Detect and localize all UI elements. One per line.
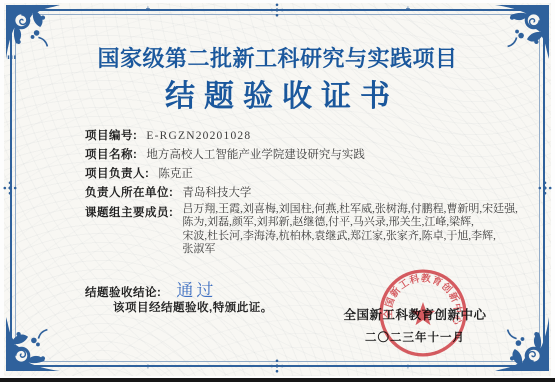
team-members-line: 宋波,杜长河,李海涛,杭柏林,袁继武,郑江家,张家齐,陈卓,于旭,李辉,	[182, 230, 518, 243]
field-label: 课题组主要成员:	[85, 203, 173, 220]
field-team-members: 课题组主要成员: 吕万翔,王霞,刘喜梅,刘国柱,何燕,杜军威,张树海,付鹏程,曹…	[85, 203, 515, 257]
border-mid-ornament-icon	[270, 3, 284, 17]
team-members-line: 陈为,刘磊,颜军,刘邦新,赵继德,付平,马兴录,邢关生,江峰,梁辉,	[182, 216, 518, 229]
field-project-name: 项目名称: 地方高校人工智能产业学院建设研究与实践	[85, 146, 515, 159]
certificate-fields: 项目编号: E-RGZN20201028 项目名称: 地方高校人工智能产业学院建…	[85, 127, 515, 257]
field-label: 项目编号:	[85, 127, 137, 143]
field-acceptance-conclusion: 结题验收结论: 通过	[85, 276, 216, 301]
photo-bottom-edge	[0, 378, 555, 382]
field-label: 项目名称:	[85, 146, 137, 162]
field-project-leader: 项目负责人: 陈克正	[85, 165, 515, 178]
border-mid-ornament-icon	[3, 181, 17, 195]
certificate: + + + + 国家级第二批新工科研究与实践项目 结题验收证书 项目编号: E-…	[0, 0, 555, 382]
border-tick-icon: +	[404, 363, 412, 371]
field-value: 青岛科技大学	[182, 184, 251, 200]
field-project-number: 项目编号: E-RGZN20201028	[85, 127, 515, 140]
seal-star-icon	[411, 302, 435, 325]
team-members-list: 吕万翔,王霞,刘喜梅,刘国柱,何燕,杜军威,张树海,付鹏程,曹新明,宋廷强, 陈…	[182, 203, 518, 257]
border-tick-icon: +	[144, 5, 152, 13]
team-members-line: 吕万翔,王霞,刘喜梅,刘国柱,何燕,杜军威,张树海,付鹏程,曹新明,宋廷强,	[182, 203, 518, 216]
field-value: 地方高校人工智能产业学院建设研究与实践	[146, 146, 365, 162]
official-seal-icon: 全国新工科教育创新中心	[377, 267, 469, 359]
certificate-title: 结题验收证书	[0, 71, 555, 115]
field-label: 结题验收结论:	[85, 284, 161, 300]
border-tick-icon: +	[404, 5, 412, 13]
border-tick-icon: +	[144, 363, 152, 371]
conclusion-value: 通过	[176, 276, 216, 301]
field-value: 陈克正	[158, 165, 193, 181]
field-value: E-RGZN20201028	[146, 130, 251, 142]
certificate-statement: 该项目经结题验收,特颁此证。	[113, 299, 273, 315]
border-mid-ornament-icon	[270, 359, 284, 373]
certificate-program-title: 国家级第二批新工科研究与实践项目	[0, 42, 555, 73]
field-leader-institution: 负责人所在单位: 青岛科技大学	[85, 184, 515, 197]
corner-ornament-icon	[495, 317, 549, 371]
border-mid-ornament-icon	[538, 181, 552, 195]
team-members-line: 张淑军	[182, 243, 518, 256]
corner-ornament-icon	[6, 317, 60, 371]
field-label: 项目负责人:	[85, 165, 149, 181]
field-label: 负责人所在单位:	[85, 184, 173, 200]
